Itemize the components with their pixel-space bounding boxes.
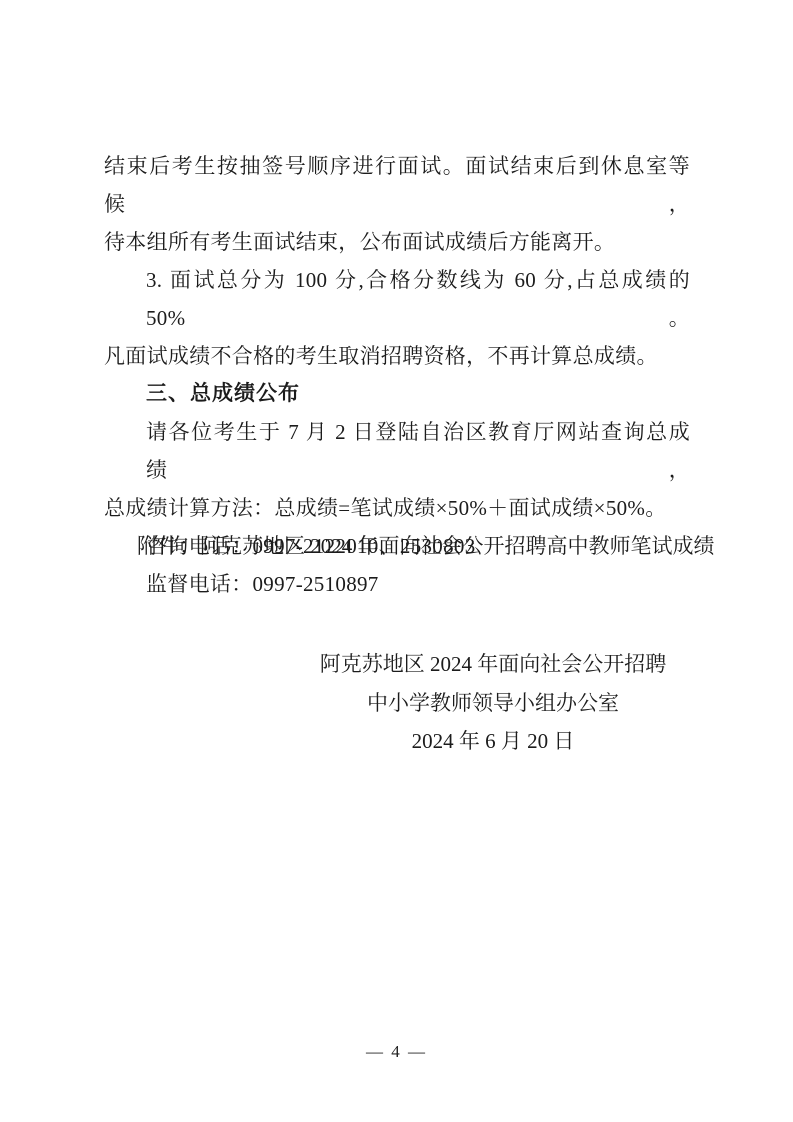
page-number: — 4 —	[0, 1042, 793, 1062]
paragraph-interview-procedure-line2: 待本组所有考生面试结束，公布面试成绩后方能离开。	[104, 223, 690, 261]
paragraph-interview-score-line2: 凡面试成绩不合格的考生取消招聘资格，不再计算总成绩。	[104, 337, 690, 375]
attachment-note: 附件：阿克苏地区 2024 年面向社会公开招聘高中教师笔试成绩	[104, 527, 793, 565]
document-page: 结束后考生按抽签号顺序进行面试。面试结束后到休息室等候， 待本组所有考生面试结束…	[0, 0, 793, 1122]
paragraph-total-score-line2: 总成绩计算方法：总成绩=笔试成绩×50%＋面试成绩×50%。	[104, 489, 690, 527]
signature-org-line2: 中小学教师领导小组办公室	[307, 684, 679, 723]
signature-org-line1: 阿克苏地区 2024 年面向社会公开招聘	[307, 645, 679, 684]
supervise-phone-line: 监督电话：0997-2510897	[104, 565, 690, 603]
section-heading-total-score: 三、总成绩公布	[104, 375, 690, 413]
signature-date: 2024 年 6 月 20 日	[307, 722, 679, 761]
signature-block: 阿克苏地区 2024 年面向社会公开招聘 中小学教师领导小组办公室 2024 年…	[307, 645, 679, 761]
paragraph-interview-procedure-line1: 结束后考生按抽签号顺序进行面试。面试结束后到休息室等候，	[104, 147, 690, 223]
paragraph-total-score-line1: 请各位考生于 7 月 2 日登陆自治区教育厅网站查询总成绩，	[104, 413, 690, 489]
paragraph-interview-score-line1: 3. 面试总分为 100 分,合格分数线为 60 分,占总成绩的 50%。	[104, 261, 690, 337]
